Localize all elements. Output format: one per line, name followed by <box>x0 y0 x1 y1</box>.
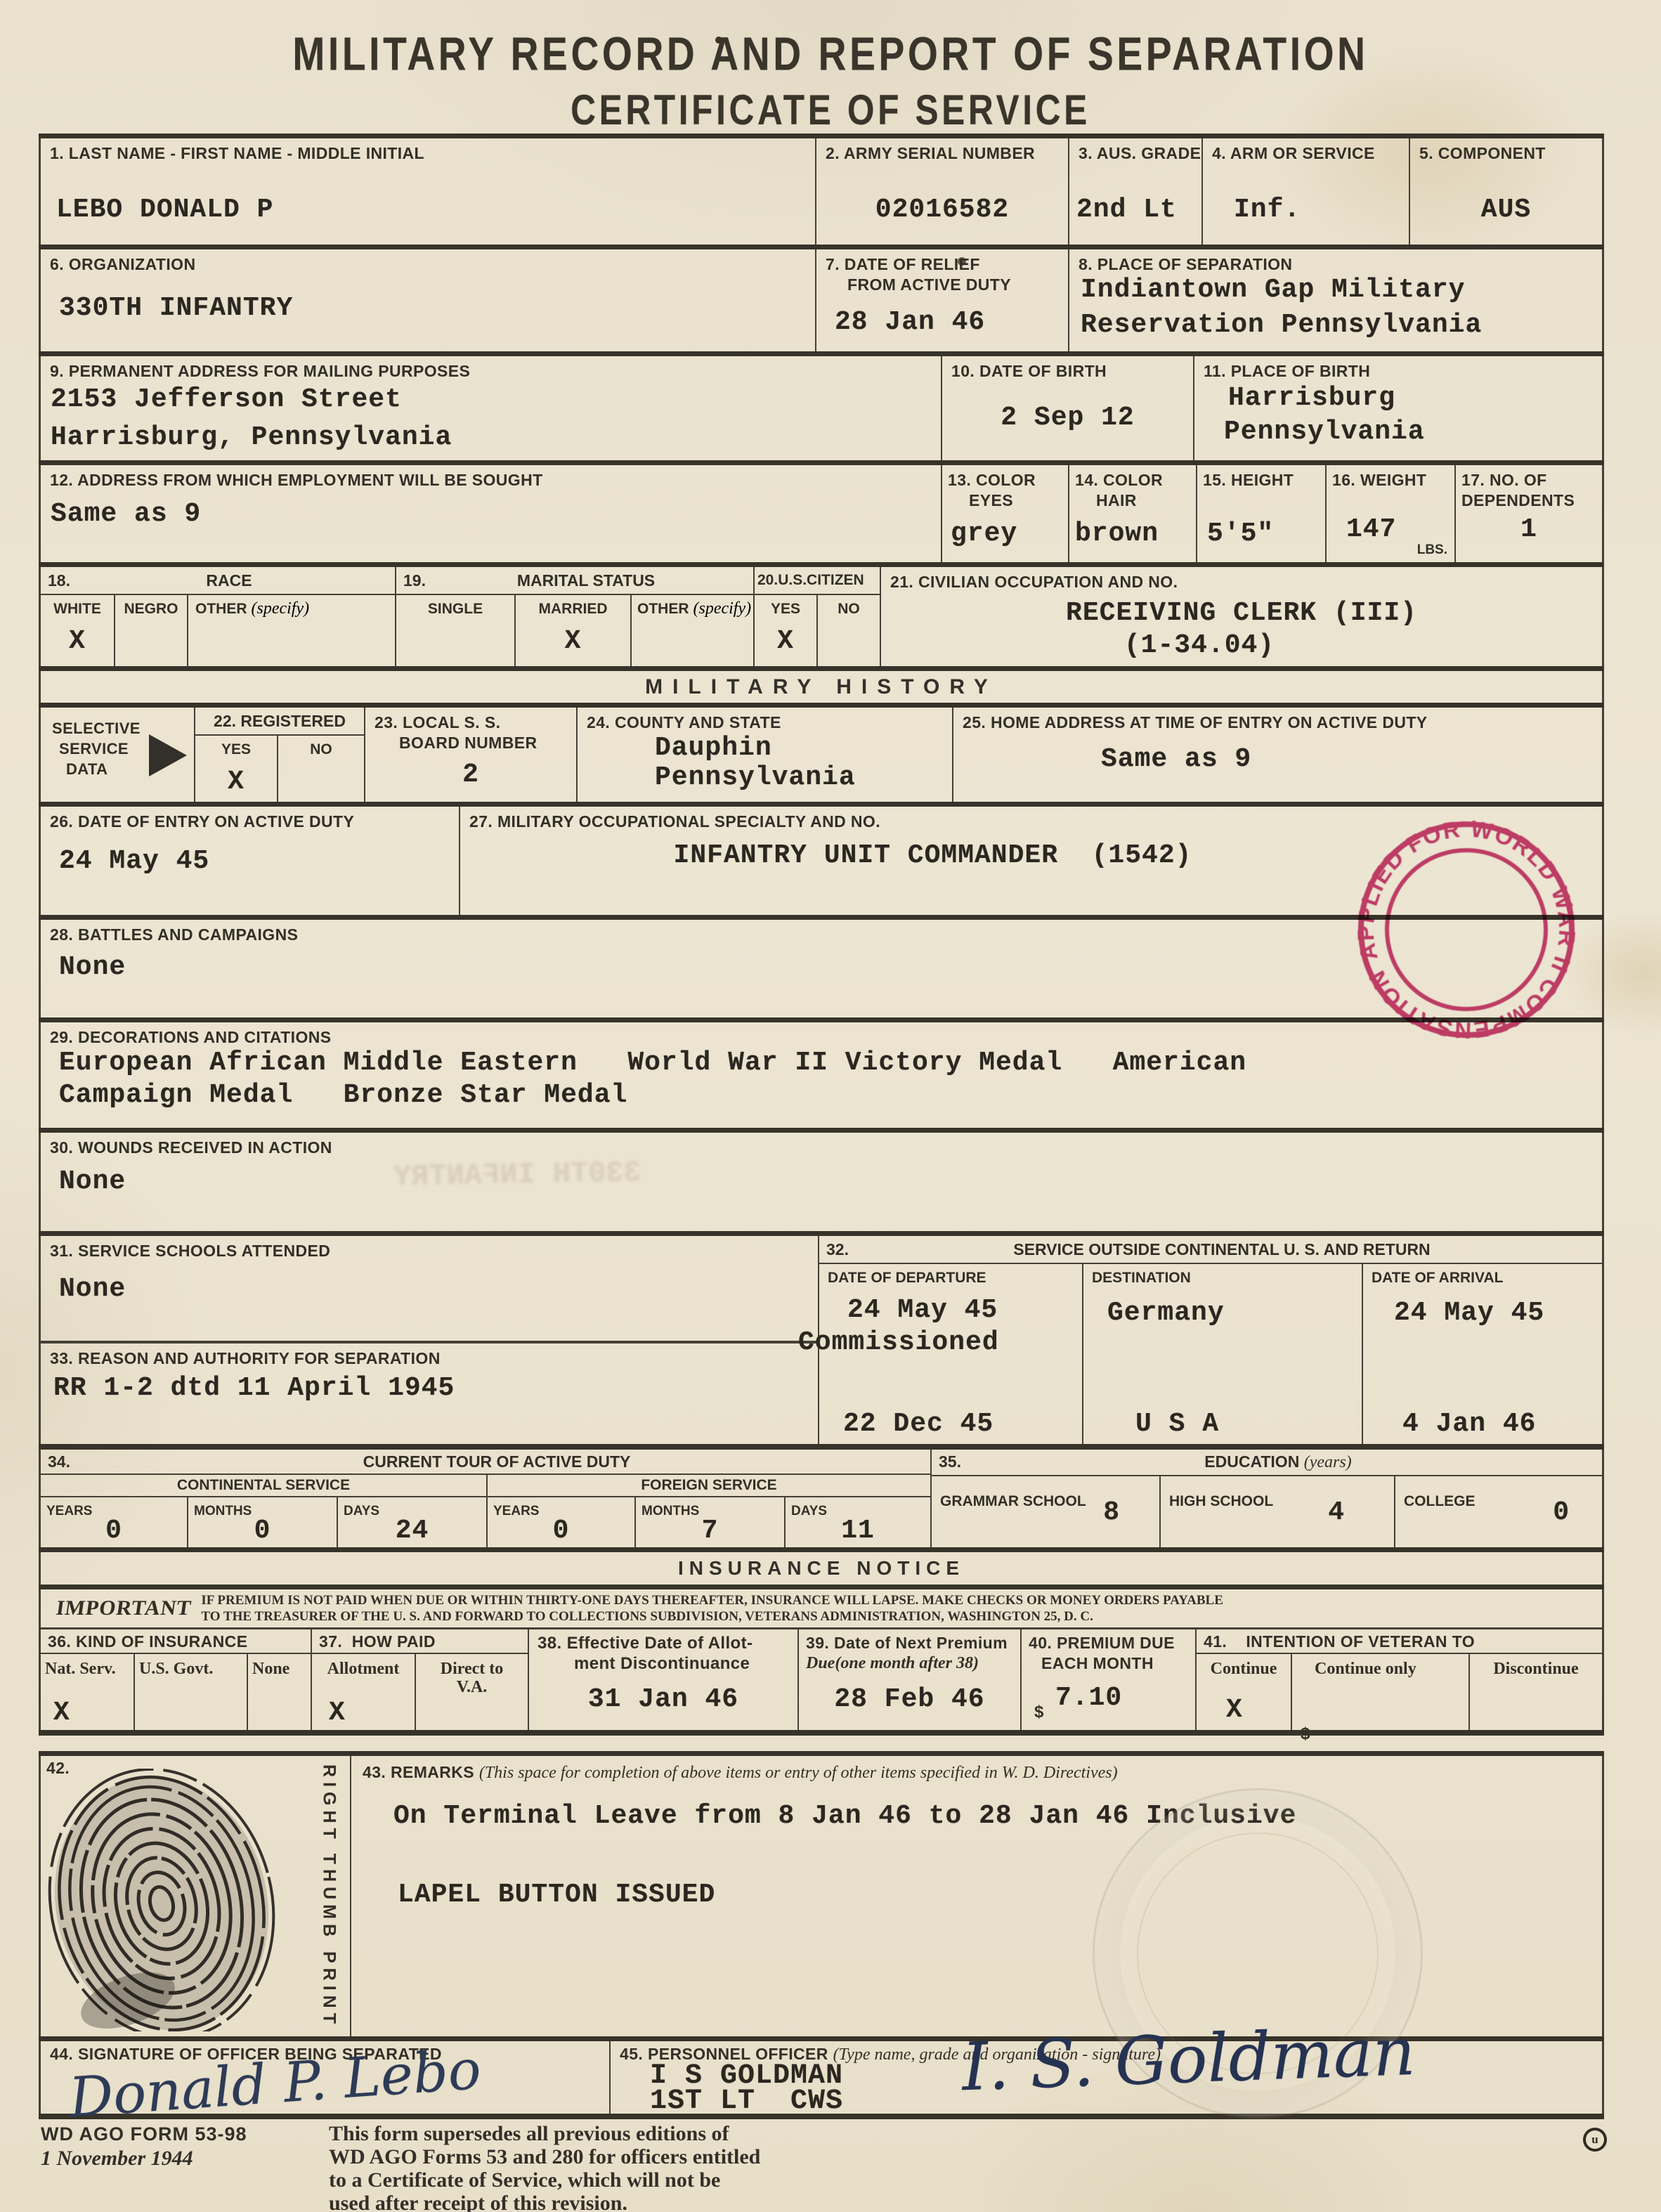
thumbprint-side-strip: RIGHT THUMB PRINT <box>308 1756 351 2036</box>
field-serial-number-value: 02016582 <box>816 195 1068 226</box>
field-allotment-discontinuance: 38. Effective Date of Allot- ment Discon… <box>529 1629 799 1730</box>
thumbprint-box: 42. <box>41 1756 308 2036</box>
race-negro-label: NEGRO <box>124 595 178 618</box>
next-premium-label2: Due(one month after 38) <box>799 1653 1020 1673</box>
field-decorations-value2: Campaign Medal Bronze Star Medal <box>59 1080 627 1111</box>
field-serial-number-label: 2. ARMY SERIAL NUMBER <box>816 138 1068 163</box>
marital-married-mark: X <box>565 626 582 657</box>
field-hair-color: 14. COLOR HAIR brown <box>1069 465 1197 562</box>
field-eye-color: 13. COLOR EYES grey <box>942 465 1069 562</box>
overseas-arrival-column: DATE OF ARRIVAL 24 May 45 4 Jan 46 <box>1363 1264 1602 1444</box>
field-race-label: RACE <box>70 571 388 590</box>
personnel-officer-signature: I. S. Goldman <box>961 2021 1416 2100</box>
overseas-num: 32. <box>826 1240 849 1258</box>
howpaid-allotment-mark: X <box>329 1698 346 1729</box>
field-county-state-value2: Pennsylvania <box>655 762 856 793</box>
field-last-name-label: 1. LAST NAME - FIRST NAME - MIDDLE INITI… <box>41 138 815 163</box>
divider <box>39 351 1604 356</box>
field-citizen-label: 20.U.S.CITIZEN <box>757 571 864 590</box>
field-component-value: AUS <box>1410 195 1602 226</box>
education-num: 35. <box>939 1452 961 1471</box>
race-negro-column: NEGRO <box>115 595 188 666</box>
field-next-premium: 39. Date of Next Premium Due(one month a… <box>799 1629 1022 1730</box>
intention-label: INTENTION OF VETERAN TO <box>1246 1632 1475 1651</box>
divider <box>39 703 1604 708</box>
field-separation-reason-label: 33. REASON AND AUTHORITY FOR SEPARATION <box>41 1344 818 1368</box>
tour-label: CURRENT TOUR OF ACTIVE DUTY <box>70 1452 923 1471</box>
form-number-block: WD AGO FORM 53-98 1 November 1944 <box>41 2123 247 2171</box>
divider <box>39 1585 1604 1589</box>
field-decorations-value1: European African Middle Eastern World Wa… <box>59 1048 1246 1079</box>
insurance-natserv-mark: X <box>53 1698 70 1729</box>
field-mailing-address-label: 9. PERMANENT ADDRESS FOR MAILING PURPOSE… <box>41 356 941 381</box>
document-title: MILITARY RECORD AND REPORT OF SEPARATION <box>67 27 1595 81</box>
field-height-value: 5'5" <box>1207 519 1274 549</box>
marital-other-label: OTHER <box>632 595 689 618</box>
field-current-tour: 34.CURRENT TOUR OF ACTIVE DUTY CONTINENT… <box>41 1450 932 1547</box>
tour-cont-days-value: 24 <box>338 1516 486 1547</box>
tour-cont-days: DAYS 24 <box>338 1497 488 1547</box>
overseas-destination-column: DESTINATION Germany U S A <box>1083 1264 1363 1444</box>
field-civilian-occupation-value1: RECEIVING CLERK (III) <box>881 598 1602 629</box>
citizen-no-column: NO <box>818 595 880 666</box>
field-separation-place-label: 8. PLACE OF SEPARATION <box>1069 249 1602 274</box>
field-local-board-label2: BOARD NUMBER <box>365 732 576 753</box>
ink-bleedthrough: 330TH INFANTRY <box>393 1156 642 1194</box>
intention-num: 41. <box>1204 1632 1227 1651</box>
education-college-label: COLLEGE <box>1395 1476 1476 1510</box>
row-wounds: 30. WOUNDS RECEIVED IN ACTION None <box>39 1133 1604 1231</box>
education-label: EDUCATION <box>1204 1452 1299 1471</box>
citizen-no-label: NO <box>838 595 860 618</box>
marital-other-specify: (specify) <box>689 595 752 618</box>
insurance-none-column: None <box>248 1654 311 1730</box>
education-highschool-value: 4 <box>1328 1497 1345 1528</box>
intention-continue-label: Continue <box>1211 1654 1277 1678</box>
marital-single-column: SINGLE <box>396 595 516 666</box>
divider <box>39 245 1604 249</box>
field-service-schools-value: None <box>59 1274 126 1305</box>
premium-due-label1: 40. PREMIUM DUE <box>1022 1629 1195 1653</box>
field-premium-due: 40. PREMIUM DUE EACH MONTH $ 7.10 <box>1022 1629 1197 1730</box>
field-dependents-value: 1 <box>1456 514 1602 545</box>
field-dependents: 17. NO. OF DEPENDENTS 1 <box>1456 465 1602 562</box>
race-white-label: WHITE <box>53 595 101 618</box>
divider <box>39 666 1604 671</box>
field-personnel-officer: 45. PERSONNEL OFFICER (Type name, grade … <box>611 2041 1602 2114</box>
allotment-label2: ment Discontinuance <box>529 1653 797 1673</box>
field-arm-of-service-value: Inf. <box>1234 195 1301 226</box>
personnel-officer-typed2: 1ST LT CWS <box>650 2086 843 2117</box>
overseas-label: SERVICE OUTSIDE CONTINENTAL U. S. AND RE… <box>849 1240 1595 1258</box>
remarks-label: 43. REMARKS <box>363 1763 474 1781</box>
field-eye-color-value: grey <box>951 519 1017 549</box>
field-last-name-value: LEBO DONALD P <box>56 195 273 226</box>
field-service-outside-us: 32.SERVICE OUTSIDE CONTINENTAL U. S. AND… <box>819 1236 1602 1444</box>
howpaid-allotment-label: Allotment <box>327 1654 400 1678</box>
overseas-destination-label: DESTINATION <box>1083 1264 1191 1287</box>
premium-due-currency: $ <box>1034 1703 1043 1722</box>
field-eye-color-label2: EYES <box>942 490 1068 510</box>
marital-married-column: MARRIED X <box>516 595 632 666</box>
kind-insurance-label: 36. KIND OF INSURANCE <box>41 1629 311 1653</box>
field-component: 5. COMPONENT AUS <box>1410 138 1602 245</box>
howpaid-directva-column: Direct to V.A. <box>416 1654 528 1730</box>
tour-foreign-months-value: 7 <box>636 1516 784 1547</box>
marital-single-label: SINGLE <box>428 595 483 618</box>
paper-speck <box>715 37 722 44</box>
section-insurance: INSURANCE NOTICE <box>39 1552 1604 1585</box>
field-dependents-label2: DEPENDENTS <box>1456 490 1602 510</box>
field-relief-date-value: 28 Jan 46 <box>835 307 985 338</box>
field-entry-date: 26. DATE OF ENTRY ON ACTIVE DUTY 24 May … <box>41 807 460 915</box>
divider <box>39 1730 1604 1736</box>
next-premium-value: 28 Feb 46 <box>799 1684 1020 1715</box>
intention-continueonly-column: Continue only $ <box>1292 1654 1470 1730</box>
selective-service-data-box: SELECTIVE SERVICE DATA <box>41 708 195 802</box>
field-separation-reason: 33. REASON AND AUTHORITY FOR SEPARATION … <box>41 1344 818 1444</box>
field-weight-unit: LBS. <box>1417 542 1447 558</box>
divider <box>39 1444 1604 1450</box>
field-last-name: 1. LAST NAME - FIRST NAME - MIDDLE INITI… <box>41 138 816 245</box>
field-weight-value: 147 <box>1346 514 1396 545</box>
tour-foreign-days-value: 11 <box>786 1516 930 1547</box>
insurance-notice-line1: IF PREMIUM IS NOT PAID WHEN DUE OR WITHI… <box>201 1592 1596 1608</box>
field-civilian-occupation-label: 21. CIVILIAN OCCUPATION AND NO. <box>881 567 1602 592</box>
field-service-schools-label: 31. SERVICE SCHOOLS ATTENDED <box>41 1236 818 1261</box>
field-arm-of-service-label: 4. ARM OR SERVICE <box>1203 138 1409 163</box>
premium-due-value: 7.10 <box>1055 1683 1122 1714</box>
row-physical: 12. ADDRESS FROM WHICH EMPLOYMENT WILL B… <box>39 465 1604 562</box>
field-organization-label: 6. ORGANIZATION <box>41 249 815 274</box>
field-officer-signature: 44. SIGNATURE OF OFFICER BEING SEPARATED… <box>41 2041 611 2114</box>
overseas-departure-r2: 22 Dec 45 <box>843 1409 994 1440</box>
section-military-history: MILITARY HISTORY <box>39 671 1604 703</box>
insurance-usgovt-column: U.S. Govt. <box>135 1654 248 1730</box>
overseas-departure-label: DATE OF DEPARTURE <box>819 1264 986 1287</box>
overseas-arrival-r2: 4 Jan 46 <box>1402 1409 1536 1440</box>
insurance-natserv-column: Nat. Serv. X <box>41 1654 135 1730</box>
field-separation-place-value2: Reservation Pennsylvania <box>1081 310 1482 341</box>
marital-other-column: OTHER (specify) <box>632 595 753 666</box>
howpaid-directva-label: Direct to <box>441 1654 504 1678</box>
tour-foreign-months: MONTHS 7 <box>636 1497 786 1547</box>
field-hair-color-label: 14. COLOR <box>1069 465 1196 490</box>
footnote-line2: WD AGO Forms 53 and 280 for officers ent… <box>329 2145 760 2168</box>
allotment-value: 31 Jan 46 <box>529 1684 797 1715</box>
registered-no-label: NO <box>310 736 332 758</box>
field-mailing-address: 9. PERMANENT ADDRESS FOR MAILING PURPOSE… <box>41 356 942 460</box>
selective-service-line1: SELECTIVE <box>41 708 194 738</box>
svg-text:APPLIED FOR WORLD WAR II COMPE: APPLIED FOR WORLD WAR II COMPENSATION <box>1343 807 1589 1053</box>
divider <box>39 460 1604 465</box>
field-wounds-value: None <box>59 1166 126 1197</box>
form-footnote: This form supersedes all previous editio… <box>329 2122 760 2212</box>
divider <box>39 1751 1604 1756</box>
row-selective-service: SELECTIVE SERVICE DATA 22. REGISTERED YE… <box>39 708 1604 802</box>
overseas-departure-r1: 24 May 45 <box>847 1295 998 1326</box>
overseas-destination-r1: Germany <box>1107 1298 1225 1329</box>
howpaid-allotment-column: Allotment X <box>312 1654 416 1730</box>
education-highschool: HIGH SCHOOL 4 <box>1161 1476 1395 1547</box>
divider <box>39 802 1604 807</box>
field-county-state-label: 24. COUNTY AND STATE <box>578 708 952 732</box>
education-grammar-label: GRAMMAR SCHOOL <box>932 1476 1086 1510</box>
registered-yes-column: YES X <box>195 736 278 802</box>
field-organization-value: 330TH INFANTRY <box>59 293 293 324</box>
field-entry-date-label: 26. DATE OF ENTRY ON ACTIVE DUTY <box>41 807 459 831</box>
citizen-yes-mark: X <box>777 626 794 657</box>
field-grade-label: 3. AUS. GRADE <box>1069 138 1201 163</box>
field-wounds-label: 30. WOUNDS RECEIVED IN ACTION <box>41 1133 1602 1157</box>
education-highschool-label: HIGH SCHOOL <box>1161 1476 1273 1510</box>
field-birth-place: 11. PLACE OF BIRTH Harrisburg Pennsylvan… <box>1194 356 1602 460</box>
field-race: 18.RACE WHITE X NEGRO OTHER (specify) <box>41 567 396 666</box>
registered-no-column: NO <box>278 736 364 802</box>
row-tour-education: 34.CURRENT TOUR OF ACTIVE DUTY CONTINENT… <box>39 1450 1604 1547</box>
section-military-history-title: MILITARY HISTORY <box>645 675 998 699</box>
tour-foreign-label: FOREIGN SERVICE <box>488 1475 930 1496</box>
tour-num: 34. <box>48 1452 70 1471</box>
row-organization: 6. ORGANIZATION 330TH INFANTRY 7. DATE O… <box>39 249 1604 351</box>
field-entry-date-value: 24 May 45 <box>59 846 209 877</box>
field-race-num: 18. <box>48 571 70 590</box>
field-grade: 3. AUS. GRADE 2nd Lt <box>1069 138 1203 245</box>
field-height-label: 15. HEIGHT <box>1197 465 1325 490</box>
insurance-important-row: IMPORTANT IF PREMIUM IS NOT PAID WHEN DU… <box>41 1589 1602 1629</box>
how-paid-label: HOW PAID <box>352 1632 436 1651</box>
field-serial-number: 2. ARMY SERIAL NUMBER 02016582 <box>816 138 1069 245</box>
divider <box>39 134 1604 138</box>
insurance-notice-line2: TO THE TREASURER OF THE U. S. AND FORWAR… <box>201 1608 1596 1625</box>
race-white-column: WHITE X <box>41 595 115 666</box>
education-grammar: GRAMMAR SCHOOL 8 <box>932 1476 1161 1547</box>
row-identity: 1. LAST NAME - FIRST NAME - MIDDLE INITI… <box>39 138 1604 245</box>
field-separation-place-value1: Indiantown Gap Military <box>1081 275 1466 306</box>
field-component-label: 5. COMPONENT <box>1410 138 1602 163</box>
field-grade-value: 2nd Lt <box>1076 195 1177 226</box>
field-registered-label: 22. REGISTERED <box>214 712 346 730</box>
allotment-label1: 38. Effective Date of Allot- <box>529 1629 797 1653</box>
intention-discontinue-label: Discontinue <box>1493 1654 1578 1678</box>
divider <box>39 1128 1604 1133</box>
field-local-board: 23. LOCAL S. S. BOARD NUMBER 2 <box>365 708 578 802</box>
field-home-address-entry-label: 25. HOME ADDRESS AT TIME OF ENTRY ON ACT… <box>953 708 1602 732</box>
insurance-natserv-label: Nat. Serv. <box>41 1654 116 1678</box>
divider <box>39 562 1604 567</box>
field-mailing-address-value1: 2153 Jefferson Street <box>51 384 402 415</box>
field-how-paid: 37. HOW PAID Allotment X Direct to V.A. <box>312 1629 529 1730</box>
intention-continue-column: Continue X <box>1197 1654 1292 1730</box>
overseas-departure-r1-note: Commissioned <box>798 1327 999 1358</box>
intention-discontinue-column: Discontinue <box>1470 1654 1602 1730</box>
field-height: 15. HEIGHT 5'5" <box>1197 465 1327 562</box>
tour-groups: CONTINENTAL SERVICE FOREIGN SERVICE <box>41 1475 930 1497</box>
education-college-value: 0 <box>1553 1497 1570 1528</box>
compensation-stamp-text: APPLIED FOR WORLD WAR II COMPENSATION <box>1343 807 1589 1053</box>
field-eye-color-label: 13. COLOR <box>942 465 1068 490</box>
field-county-state: 24. COUNTY AND STATE Dauphin Pennsylvani… <box>578 708 953 802</box>
tour-cont-months-value: 0 <box>188 1516 337 1547</box>
citizen-yes-label: YES <box>771 595 800 618</box>
field-kind-of-insurance: 36. KIND OF INSURANCE Nat. Serv. X U.S. … <box>41 1629 312 1730</box>
field-hair-color-value: brown <box>1075 519 1159 549</box>
field-service-schools: 31. SERVICE SCHOOLS ATTENDED None <box>41 1236 818 1344</box>
field-hair-color-label2: HAIR <box>1069 490 1196 510</box>
field-county-state-value1: Dauphin <box>655 733 772 764</box>
marital-married-label: MARRIED <box>539 595 608 618</box>
field-marital-label: MARITAL STATUS <box>426 571 746 590</box>
scanned-separation-form: MILITARY RECORD AND REPORT OF SEPARATION… <box>0 0 1661 2212</box>
section-insurance-title: INSURANCE NOTICE <box>678 1557 965 1580</box>
field-employment-address-value: Same as 9 <box>51 499 201 530</box>
footnote-line1: This form supersedes all previous editio… <box>329 2122 760 2145</box>
field-birth-date-value: 2 Sep 12 <box>942 403 1193 434</box>
tour-cont-months: MONTHS 0 <box>188 1497 338 1547</box>
overseas-arrival-r1: 24 May 45 <box>1394 1298 1544 1329</box>
tour-continental-label: CONTINENTAL SERVICE <box>41 1475 488 1496</box>
field-mailing-address-value2: Harrisburg, Pennsylvania <box>51 422 452 453</box>
registered-yes-label: YES <box>221 736 251 758</box>
overseas-arrival-label: DATE OF ARRIVAL <box>1363 1264 1503 1287</box>
row-address-birth: 9. PERMANENT ADDRESS FOR MAILING PURPOSE… <box>39 356 1604 460</box>
insurance-important-label: IMPORTANT <box>45 1596 203 1620</box>
form-date: 1 November 1944 <box>41 2147 247 2171</box>
field-birth-date: 10. DATE OF BIRTH 2 Sep 12 <box>942 356 1194 460</box>
tour-cont-years: YEARS 0 <box>41 1497 188 1547</box>
field-organization: 6. ORGANIZATION 330TH INFANTRY <box>41 249 816 351</box>
race-other-column: OTHER (specify) <box>188 595 395 666</box>
field-registered: 22. REGISTERED YES X NO <box>195 708 365 802</box>
race-other-specify: (specify) <box>247 595 310 618</box>
form-number: WD AGO FORM 53-98 <box>41 2123 247 2145</box>
field-birth-place-value2: Pennsylvania <box>1224 417 1425 448</box>
intention-currency: $ <box>1301 1724 1310 1744</box>
field-local-board-value: 2 <box>365 760 576 791</box>
field-dependents-label: 17. NO. OF <box>1456 465 1602 490</box>
thumbprint-strip-label: RIGHT THUMB PRINT <box>319 1764 339 2029</box>
education-college: COLLEGE 0 <box>1395 1476 1602 1547</box>
race-other-label: OTHER <box>188 595 247 618</box>
field-employment-address: 12. ADDRESS FROM WHICH EMPLOYMENT WILL B… <box>41 465 942 562</box>
field-birth-place-value1: Harrisburg <box>1228 383 1395 414</box>
row-demographics: 18.RACE WHITE X NEGRO OTHER (specify) 19… <box>39 567 1604 666</box>
intention-continueonly-label: Continue only <box>1292 1654 1416 1678</box>
field-arm-of-service: 4. ARM OR SERVICE Inf. <box>1203 138 1410 245</box>
field-relief-date: 7. DATE OF RELIEF FROM ACTIVE DUTY 28 Ja… <box>816 249 1069 351</box>
field-home-address-entry-value: Same as 9 <box>1101 744 1251 775</box>
printer-union-bug: u <box>1583 2128 1607 2152</box>
field-weight: 16. WEIGHT 147 LBS. <box>1327 465 1456 562</box>
field-separation-reason-value: RR 1-2 dtd 11 April 1945 <box>53 1373 455 1404</box>
field-education: 35.EDUCATION (years) GRAMMAR SCHOOL 8 HI… <box>932 1450 1602 1547</box>
tour-foreign-days: DAYS 11 <box>786 1497 930 1547</box>
field-citizen: 20.U.S.CITIZEN YES X NO <box>755 567 881 666</box>
insurance-usgovt-label: U.S. Govt. <box>135 1654 213 1678</box>
row-signatures: 44. SIGNATURE OF OFFICER BEING SEPARATED… <box>39 2041 1604 2114</box>
divider <box>39 1547 1604 1552</box>
footnote-line4: used after receipt of this revision. <box>329 2192 760 2212</box>
field-marital-num: 19. <box>403 571 426 590</box>
divider <box>39 1231 1604 1236</box>
row-insurance: IMPORTANT IF PREMIUM IS NOT PAID WHEN DU… <box>39 1589 1604 1730</box>
remarks-line2: LAPEL BUTTON ISSUED <box>398 1880 715 1911</box>
footnote-line3: to a Certificate of Service, which will … <box>329 2168 760 2192</box>
tour-foreign-years: YEARS 0 <box>488 1497 636 1547</box>
field-home-address-entry: 25. HOME ADDRESS AT TIME OF ENTRY ON ACT… <box>953 708 1602 802</box>
education-grammar-value: 8 <box>1103 1497 1120 1528</box>
field-weight-label: 16. WEIGHT <box>1327 465 1454 490</box>
tour-foreign-years-value: 0 <box>488 1516 634 1547</box>
insurance-none-label: None <box>248 1654 289 1678</box>
field-birth-place-label: 11. PLACE OF BIRTH <box>1194 356 1602 381</box>
field-civilian-occupation: 21. CIVILIAN OCCUPATION AND NO. RECEIVIN… <box>881 567 1602 666</box>
next-premium-label1: 39. Date of Next Premium <box>799 1629 1020 1653</box>
registered-yes-mark: X <box>228 767 245 798</box>
document-subtitle: CERTIFICATE OF SERVICE <box>67 86 1595 134</box>
premium-due-label2: EACH MONTH <box>1022 1653 1195 1673</box>
race-white-mark: X <box>69 626 86 657</box>
howpaid-directva-label2: V.A. <box>457 1678 488 1696</box>
field-relief-date-label: 7. DATE OF RELIEF <box>816 249 1068 274</box>
field-employment-address-label: 12. ADDRESS FROM WHICH EMPLOYMENT WILL B… <box>41 465 941 490</box>
overseas-destination-r2: U S A <box>1135 1409 1219 1440</box>
field-relief-date-label2: FROM ACTIVE DUTY <box>816 274 1068 294</box>
thumbprint-image <box>44 1769 299 2031</box>
left-stack: 31. SERVICE SCHOOLS ATTENDED None 33. RE… <box>41 1236 819 1444</box>
field-battles-value: None <box>59 952 126 983</box>
field-marital-status: 19.MARITAL STATUS SINGLE MARRIED X OTHER… <box>396 567 755 666</box>
compensation-stamp: APPLIED FOR WORLD WAR II COMPENSATION <box>1343 807 1589 1053</box>
citizen-yes-column: YES X <box>755 595 818 666</box>
field-local-board-label: 23. LOCAL S. S. <box>365 708 576 732</box>
tour-cont-years-value: 0 <box>41 1516 187 1547</box>
remarks-label-note: (This space for completion of above item… <box>479 1764 1118 1782</box>
overseas-departure-column: DATE OF DEPARTURE 24 May 45 Commissioned… <box>819 1264 1083 1444</box>
field-wounds: 30. WOUNDS RECEIVED IN ACTION None <box>41 1133 1602 1231</box>
field-birth-date-label: 10. DATE OF BIRTH <box>942 356 1193 381</box>
intention-continue-mark: X <box>1226 1695 1243 1726</box>
insurance-fields: 36. KIND OF INSURANCE Nat. Serv. X U.S. … <box>41 1629 1602 1730</box>
how-paid-num: 37. <box>319 1632 342 1651</box>
field-veteran-intention: 41. INTENTION OF VETERAN TO Continue X C… <box>1197 1629 1602 1730</box>
education-label-years: (years) <box>1304 1453 1352 1471</box>
right-arrow-icon <box>149 734 187 776</box>
field-separation-place: 8. PLACE OF SEPARATION Indiantown Gap Mi… <box>1069 249 1602 351</box>
row-schools-overseas: 31. SERVICE SCHOOLS ATTENDED None 33. RE… <box>39 1236 1604 1444</box>
field-civilian-occupation-value2: (1-34.04) <box>881 630 1602 661</box>
